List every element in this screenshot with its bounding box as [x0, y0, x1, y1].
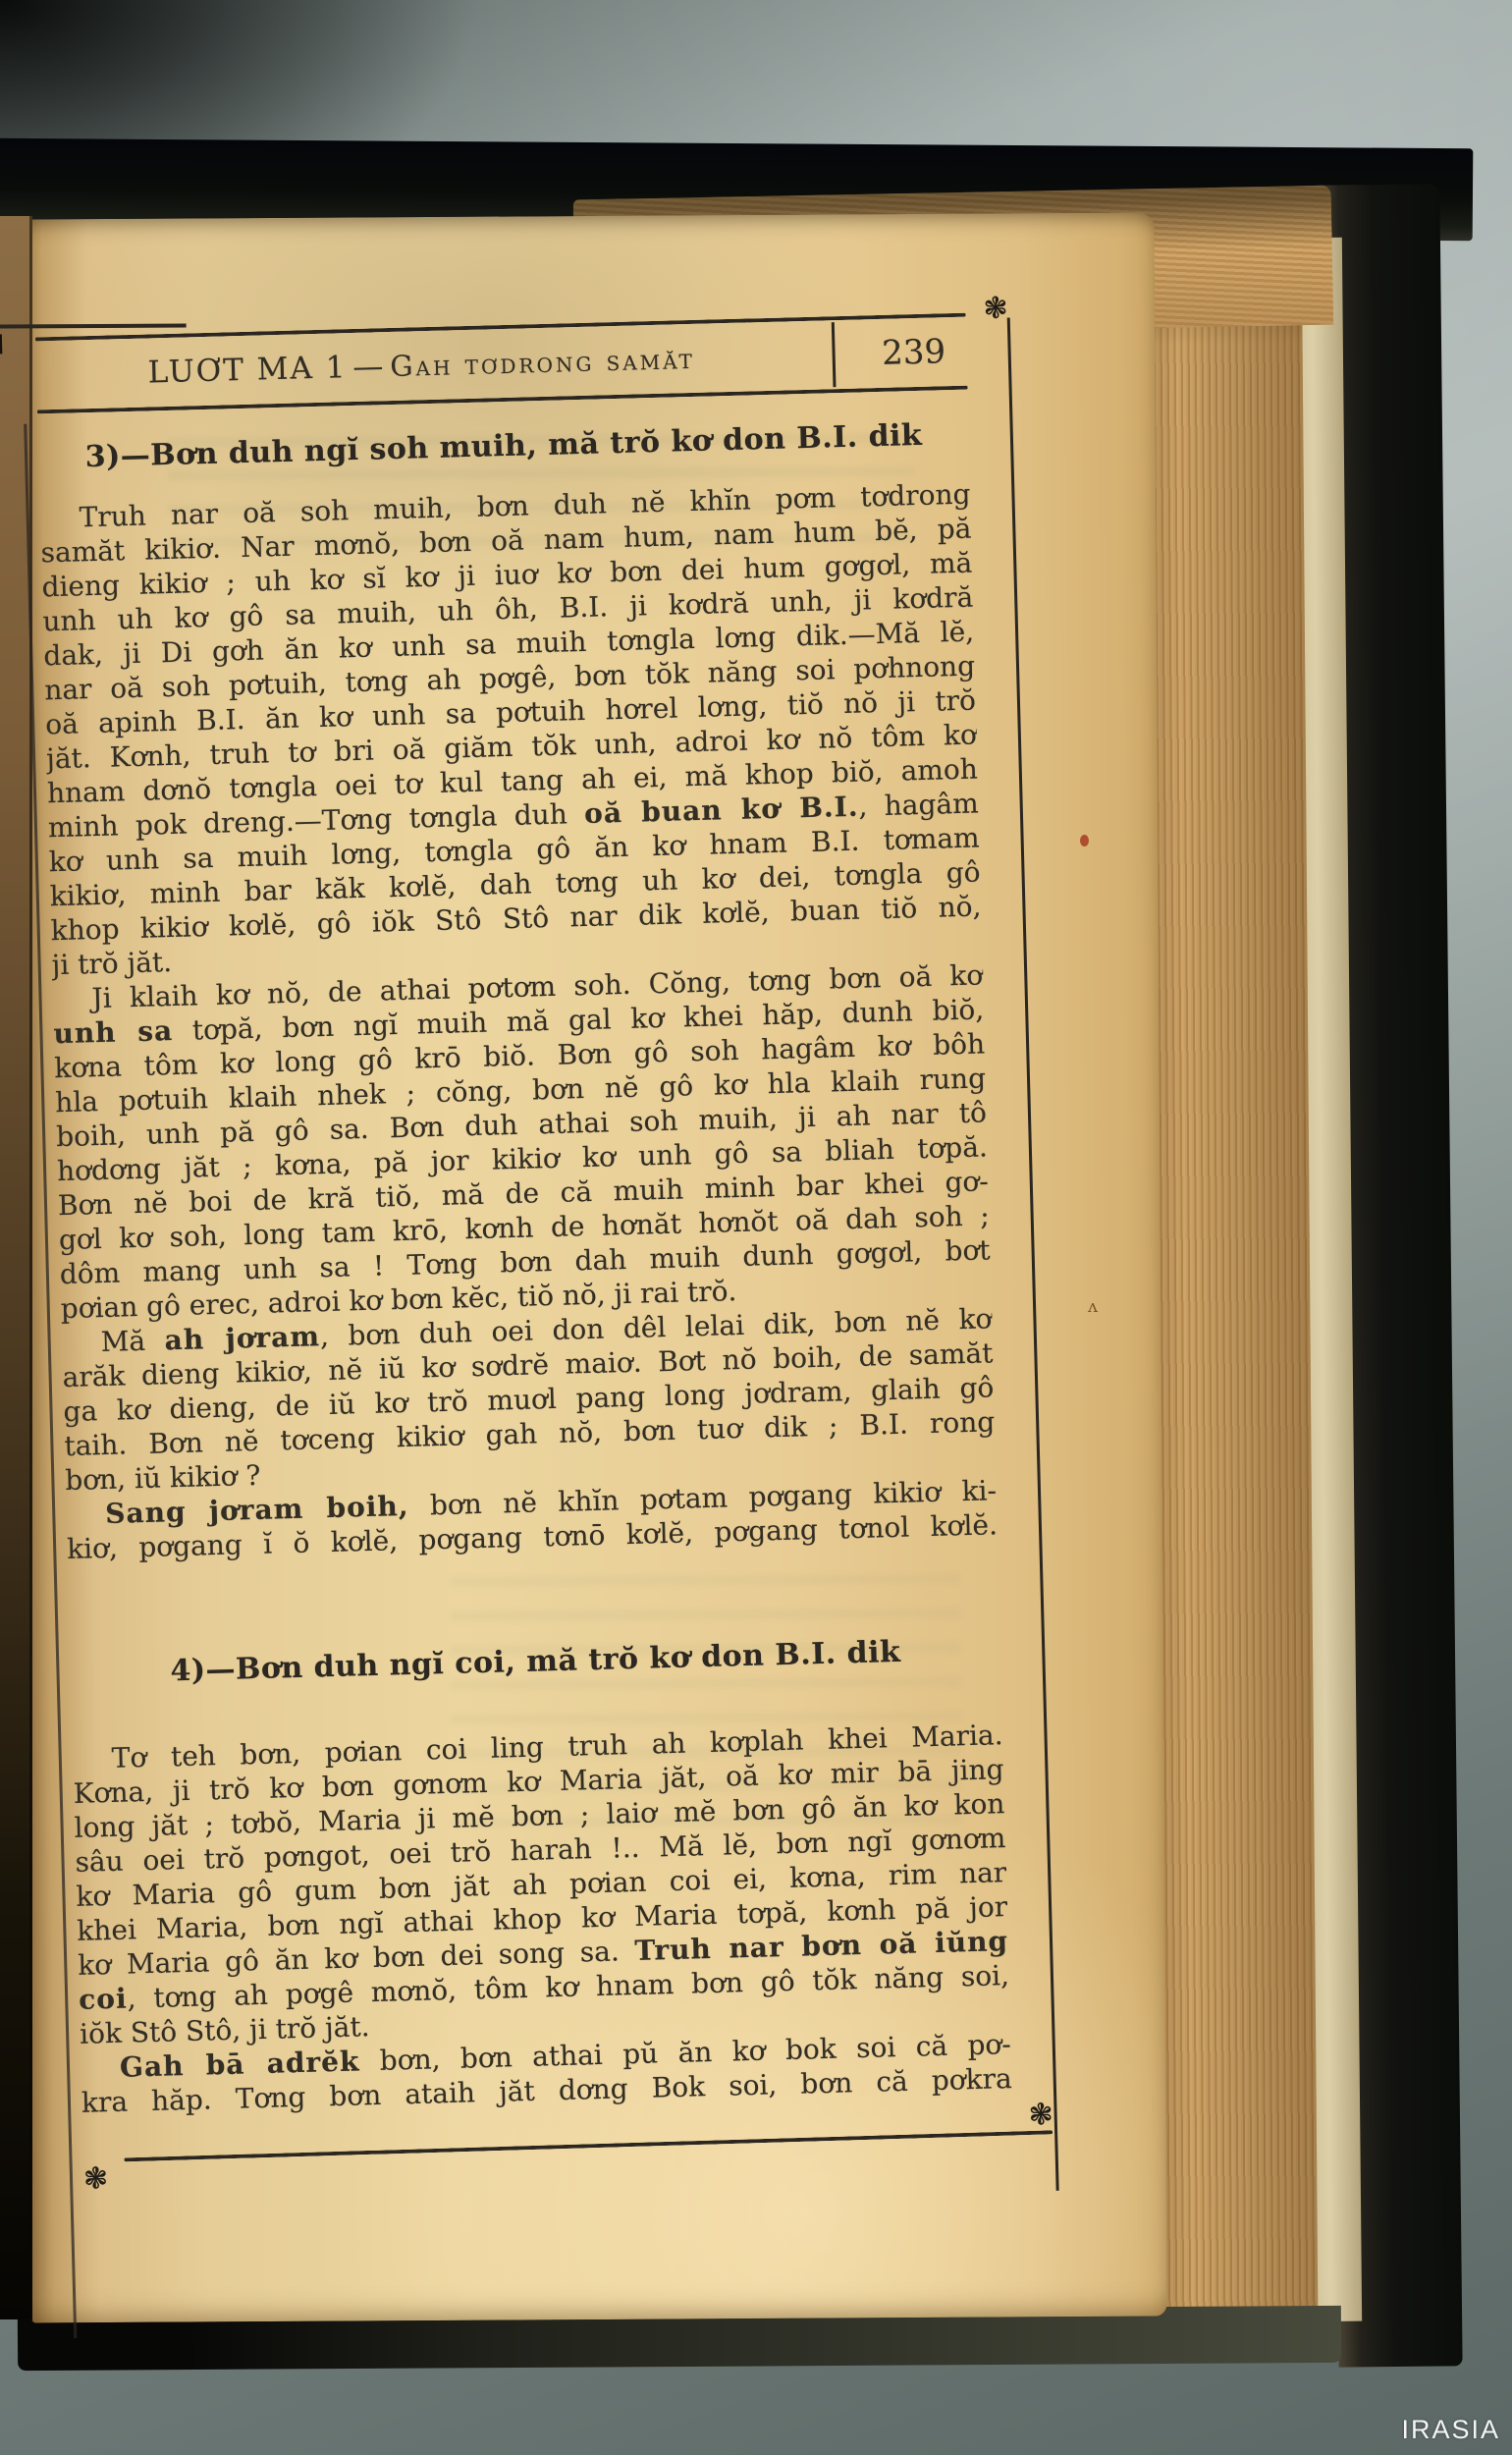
emphasis-text: Gah bā adrĕk	[120, 2045, 360, 2083]
page-body-text: 3)—Bơn duh ngĭ soh muih, mă trŏ kơ don B…	[38, 417, 1012, 2120]
emphasis-text: ah jơram	[164, 1320, 320, 1356]
flower-ornament-icon: ❃	[1028, 2100, 1053, 2131]
paragraph: Tơ teh bơn, pơian coi ling truh ah kơpla…	[72, 1718, 1010, 2051]
text-run: bơn, iŭ kikiơ ?	[65, 1459, 261, 1497]
section: 3)—Bơn duh ngĭ soh muih, mă trŏ kơ don B…	[38, 417, 999, 1566]
header-separator: —	[347, 349, 391, 385]
header-chapter-title: Gah tơdrong samăt	[390, 342, 695, 383]
page-speck	[1080, 835, 1089, 846]
text-run: Mă	[100, 1324, 165, 1358]
emphasis-text: unh sa	[53, 1014, 173, 1050]
scanned-book-photo: { "watermark": { "text": "IRASIA" }, "co…	[0, 0, 1512, 2455]
page-speck: ʌ	[1088, 1296, 1098, 1317]
running-header-title: LUƠT MA 1—Gah tơdrong samăt	[35, 338, 807, 394]
section: 4)—Bơn duh ngĭ coi, mă trŏ kơ don B.I. d…	[70, 1632, 1012, 2120]
flower-ornament-icon: ❃	[983, 295, 1008, 325]
footer-rule	[124, 2130, 1053, 2161]
paragraph: Ji klaih kơ nŏ, de athai pơtơm soh. Cŏng…	[52, 957, 992, 1326]
emphasis-text: coi	[79, 1983, 128, 2016]
text-run: ji trŏ jăt.	[51, 946, 172, 981]
watermark-text: IRASIA	[1401, 2415, 1500, 2445]
paragraph: Truh nar oă soh muih, bơn duh nĕ khĭn pơ…	[39, 477, 983, 983]
header-divider	[832, 322, 837, 387]
printed-page-content: ❃ LUƠT MA 1—Gah tơdrong samăt 239 3)—Bơn…	[35, 313, 1014, 2191]
flower-ornament-icon: ❃	[83, 2164, 109, 2195]
section-heading: 3)—Bơn duh ngĭ soh muih, mă trŏ kơ don B…	[38, 417, 970, 476]
text-run: , hagâm	[858, 787, 979, 822]
section-heading: 4)—Bơn duh ngĭ coi, mă trŏ kơ don B.I. d…	[70, 1632, 1001, 1691]
paragraph: Mă ah jơram, bơn duh oei don dêl lelai d…	[61, 1301, 996, 1498]
page-number: 239	[860, 332, 967, 374]
header-book-title: LUƠT MA 1	[147, 350, 348, 390]
